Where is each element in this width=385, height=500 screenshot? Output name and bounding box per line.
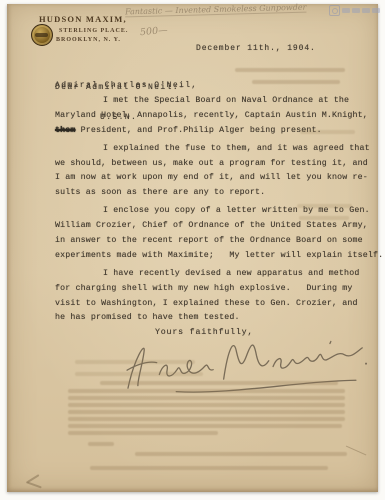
letter-line: Maryland Hotel, Annapolis, recently, Cap… — [55, 109, 359, 124]
letterhead-seal-icon — [31, 24, 53, 46]
pencil-tick — [346, 446, 367, 456]
letter-line: experiments made with Maximite; My lette… — [55, 249, 359, 264]
bleed-through-line — [90, 466, 328, 470]
salutation: Dear Admiral O'Neil:- — [55, 83, 185, 92]
pencil-annotation: Fantastic — Invented Smokeless Gunpowder — [125, 3, 307, 17]
bleed-through-line — [252, 80, 340, 84]
pencil-squiggle — [27, 481, 42, 488]
letter-paper: HUDSON MAXIM, STERLING PLACE. BROOKLYN, … — [7, 4, 378, 492]
letter-line: I have recently devised a new apparatus … — [55, 267, 359, 282]
pencil-price-annotation: 500— — [140, 25, 168, 38]
bleed-through-line — [68, 424, 342, 428]
letter-line: we should, between us, make out a progra… — [55, 157, 359, 172]
letter-line: I explained the fuse to them, and it was… — [55, 142, 359, 157]
bleed-through-line — [68, 431, 218, 435]
bleed-through-line — [68, 389, 345, 393]
letter-line: for charging shell with my new high expl… — [55, 282, 359, 297]
letter-body: I met the Special Board on Naval Ordnanc… — [55, 94, 359, 326]
bleed-through-line — [135, 452, 347, 456]
letterhead-name: HUDSON MAXIM, — [39, 14, 127, 24]
letter-line: visit to Washington, I explained these t… — [55, 297, 359, 312]
bleed-through-line — [300, 130, 355, 134]
letterhead-city: BROOKLYN, N. Y. — [56, 37, 121, 43]
bleed-through-line — [68, 410, 345, 414]
bleed-through-line — [75, 360, 195, 364]
scanned-letter-photo: HUDSON MAXIM, STERLING PLACE. BROOKLYN, … — [0, 0, 385, 500]
letter-line: I am now at work upon my end of it, and … — [55, 171, 359, 186]
overtyped-word: them — [55, 126, 76, 135]
bleed-through-line — [75, 372, 203, 376]
letter-date: December 11th., 1904. — [196, 44, 316, 53]
letter-line: in answer to the recent report of the Or… — [55, 234, 359, 249]
bleed-through-line — [68, 396, 345, 400]
letter-line: I met the Special Board on Naval Ordnanc… — [55, 94, 359, 109]
bleed-through-line — [68, 403, 345, 407]
watermark-text-mark — [352, 8, 360, 13]
bleed-through-line — [88, 442, 114, 446]
bleed-through-line — [100, 381, 338, 385]
seal-band — [35, 33, 48, 37]
camera-icon — [329, 5, 340, 16]
watermark-text-mark — [362, 8, 370, 13]
watermark-text-mark — [342, 8, 350, 13]
bleed-through-line — [299, 216, 349, 220]
watermark-text-mark — [372, 8, 380, 13]
letter-line: William Crozier, Chief of Ordnance of th… — [55, 219, 359, 234]
letter-line: sults as soon as there are any to report… — [55, 186, 359, 201]
letterhead-street: STERLING PLACE. — [59, 28, 128, 34]
letter-line: he has promised to have them tested. — [55, 311, 359, 326]
bleed-through-line — [235, 68, 345, 72]
photo-watermark-icon — [329, 5, 380, 16]
bleed-through-line — [68, 417, 345, 421]
bleed-through-line — [297, 204, 352, 208]
